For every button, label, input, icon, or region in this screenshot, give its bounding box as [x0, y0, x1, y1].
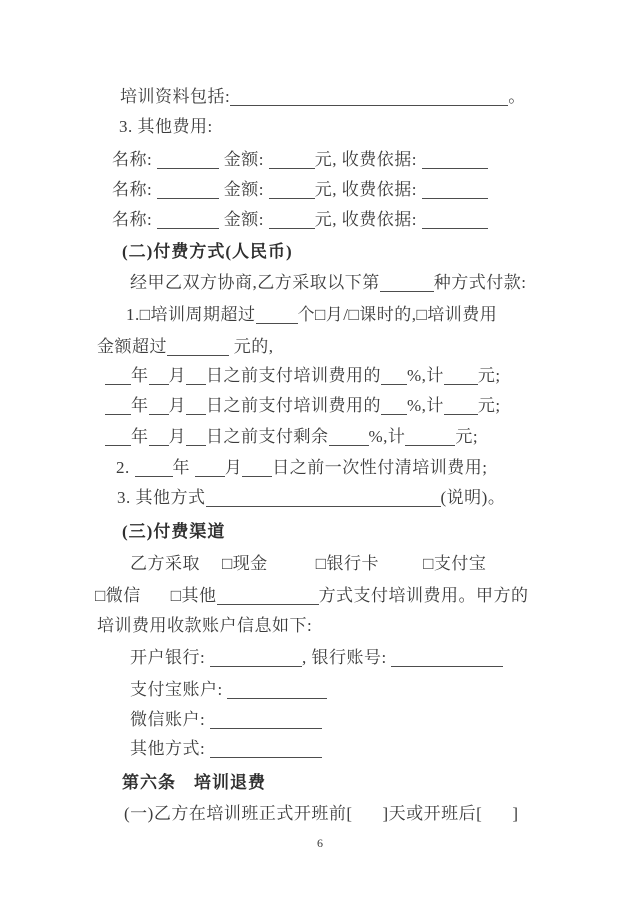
- blank-field: [149, 370, 169, 385]
- blank-field: [195, 462, 225, 477]
- blank-field: [422, 214, 488, 229]
- blank-field: [105, 431, 131, 446]
- text-segment: 支付宝账户:: [130, 680, 227, 699]
- spacer: [352, 818, 382, 819]
- text-segment: ]天或开班后[: [382, 804, 482, 823]
- blank-field: [269, 184, 315, 199]
- blank-field: [206, 492, 441, 507]
- blank-field: [269, 154, 315, 169]
- text-segment: 元, 收费依据:: [315, 150, 422, 169]
- blank-field: [186, 431, 206, 446]
- text-segment: %,计: [369, 427, 406, 446]
- line-channel-options-2: □微信□其他方式支付培训费用。甲方的: [95, 585, 529, 607]
- blank-field: [391, 652, 503, 667]
- blank-field: [210, 743, 322, 758]
- text-segment: 年: [131, 427, 149, 446]
- text-segment: 金额:: [219, 150, 269, 169]
- spacer: [141, 600, 171, 601]
- text-segment: 种方式付款:: [434, 273, 527, 292]
- text-segment: 微信账户:: [130, 710, 210, 729]
- text-segment: □其他: [171, 586, 217, 605]
- page-number: 6: [0, 836, 640, 851]
- blank-field: [381, 400, 407, 415]
- blank-field: [256, 309, 298, 324]
- text-segment: (一)乙方在培训班正式开班前[: [124, 804, 352, 823]
- blank-field: [242, 462, 272, 477]
- text-segment: ]: [512, 804, 518, 823]
- line-installment-3: 年月日之前支付剩余%,计元;: [105, 426, 478, 448]
- text-segment: 年: [131, 366, 149, 385]
- spacer: [268, 568, 316, 569]
- text-segment: 个□月/□课时的,□培训费用: [298, 305, 498, 324]
- line-option2: 2. 年 月日之前一次性付清培训费用;: [116, 457, 487, 479]
- text-segment: 元, 收费依据:: [315, 180, 422, 199]
- blank-field: [105, 400, 131, 415]
- text-segment: 元;: [478, 396, 501, 415]
- line-option1: 1.□培训周期超过个□月/□课时的,□培训费用: [126, 304, 497, 326]
- text-segment: □支付宝: [423, 554, 486, 573]
- heading-article-6: 第六条 培训退费: [122, 772, 266, 794]
- text-segment: 日之前一次性付清培训费用;: [272, 458, 487, 477]
- text-segment: 第六条 培训退费: [122, 773, 266, 792]
- text-segment: 金额:: [219, 210, 269, 229]
- line-account-intro: 培训费用收款账户信息如下:: [97, 615, 312, 637]
- line-option3: 3. 其他方式(说明)。: [117, 487, 505, 509]
- blank-field: [444, 370, 478, 385]
- blank-field: [329, 431, 369, 446]
- blank-field: [422, 154, 488, 169]
- text-segment: 名称:: [112, 150, 157, 169]
- blank-field: [157, 214, 219, 229]
- text-segment: 方式支付培训费用。甲方的: [319, 586, 529, 605]
- text-segment: 日之前支付培训费用的: [206, 396, 381, 415]
- text-segment: 年: [131, 396, 149, 415]
- blank-field: [380, 277, 434, 292]
- heading-payment-channel: (三)付费渠道: [122, 521, 225, 543]
- text-segment: %,计: [407, 366, 444, 385]
- text-segment: 经甲乙双方协商,乙方采取以下第: [130, 273, 380, 292]
- spacer: [200, 568, 222, 569]
- text-segment: □现金: [222, 554, 268, 573]
- line-other-fees-heading: 3. 其他费用:: [119, 116, 213, 138]
- line-channel-options: 乙方采取□现金□银行卡□支付宝: [130, 553, 486, 575]
- blank-field: [186, 370, 206, 385]
- blank-field: [135, 462, 173, 477]
- blank-field: [157, 154, 219, 169]
- text-segment: 元, 收费依据:: [315, 210, 422, 229]
- blank-field: [167, 341, 229, 356]
- blank-field: [149, 431, 169, 446]
- text-segment: 月: [169, 366, 187, 385]
- text-segment: 3. 其他费用:: [119, 117, 213, 136]
- blank-field: [269, 214, 315, 229]
- blank-field: [149, 400, 169, 415]
- blank-field: [230, 91, 508, 106]
- line-training-materials: 培训资料包括:。: [120, 86, 526, 108]
- text-segment: 开户银行:: [130, 648, 210, 667]
- blank-field: [444, 400, 478, 415]
- text-segment: , 银行账号:: [302, 648, 391, 667]
- text-segment: 金额超过: [97, 337, 167, 356]
- contract-page: 培训资料包括:。3. 其他费用:名称: 金额: 元, 收费依据: 名称: 金额:…: [0, 0, 640, 905]
- heading-payment-method: (二)付费方式(人民币): [122, 241, 293, 263]
- text-segment: 其他方式:: [130, 739, 210, 758]
- blank-field: [381, 370, 407, 385]
- line-fee-row-3: 名称: 金额: 元, 收费依据:: [112, 209, 488, 231]
- text-segment: (说明)。: [441, 488, 506, 507]
- text-segment: 名称:: [112, 180, 157, 199]
- text-segment: 。: [508, 87, 526, 106]
- text-segment: 月: [225, 458, 243, 477]
- text-segment: 元的,: [229, 337, 274, 356]
- text-segment: 乙方采取: [130, 554, 200, 573]
- line-other-payment: 其他方式:: [130, 738, 322, 760]
- text-segment: 月: [169, 396, 187, 415]
- text-segment: 1.□培训周期超过: [126, 305, 256, 324]
- blank-field: [157, 184, 219, 199]
- line-negotiation: 经甲乙双方协商,乙方采取以下第种方式付款:: [130, 272, 526, 294]
- line-wechat-account: 微信账户:: [130, 709, 322, 731]
- line-installment-1: 年月日之前支付培训费用的%,计元;: [105, 365, 501, 387]
- line-bank-account: 开户银行: , 银行账号:: [130, 647, 503, 669]
- text-segment: 3. 其他方式: [117, 488, 206, 507]
- text-segment: 金额:: [219, 180, 269, 199]
- blank-field: [186, 400, 206, 415]
- line-option1-amount: 金额超过 元的,: [97, 336, 274, 358]
- spacer: [482, 818, 512, 819]
- spacer: [379, 568, 423, 569]
- text-segment: %,计: [407, 396, 444, 415]
- text-segment: (二)付费方式(人民币): [122, 242, 293, 261]
- blank-field: [405, 431, 455, 446]
- text-segment: 名称:: [112, 210, 157, 229]
- text-segment: 培训资料包括:: [120, 87, 230, 106]
- blank-field: [227, 684, 327, 699]
- text-segment: 元;: [478, 366, 501, 385]
- blank-field: [422, 184, 488, 199]
- line-installment-2: 年月日之前支付培训费用的%,计元;: [105, 395, 501, 417]
- line-fee-row-2: 名称: 金额: 元, 收费依据:: [112, 179, 488, 201]
- text-segment: □银行卡: [316, 554, 379, 573]
- line-fee-row-1: 名称: 金额: 元, 收费依据:: [112, 149, 488, 171]
- text-segment: 培训费用收款账户信息如下:: [97, 616, 312, 635]
- text-segment: (三)付费渠道: [122, 522, 225, 541]
- text-segment: □微信: [95, 586, 141, 605]
- line-alipay-account: 支付宝账户:: [130, 679, 327, 701]
- text-segment: 2.: [116, 458, 135, 477]
- blank-field: [217, 590, 319, 605]
- text-segment: 日之前支付培训费用的: [206, 366, 381, 385]
- text-segment: 元;: [455, 427, 478, 446]
- blank-field: [210, 652, 302, 667]
- line-refund-clause: (一)乙方在培训班正式开班前[]天或开班后[]: [124, 803, 518, 825]
- text-segment: 月: [169, 427, 187, 446]
- blank-field: [105, 370, 131, 385]
- blank-field: [210, 714, 322, 729]
- text-segment: 年: [173, 458, 195, 477]
- text-segment: 日之前支付剩余: [206, 427, 329, 446]
